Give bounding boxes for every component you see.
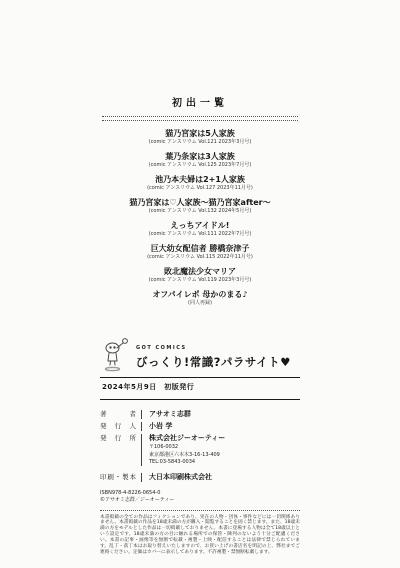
work-title: 猫乃宮家は♡人家族～猫乃宮家after～ [100,198,300,208]
work-title: 池乃本夫婦は2+1人家族 [100,175,300,185]
publication-entry: 敗北魔法少女マリア (comic アンスリウム Vol.119 2023年3月号… [100,267,300,284]
work-title: えっちアイドル! [100,221,300,231]
work-source: (comic アンスリウム Vol.121 2023年3月号) [100,139,300,146]
dotted-divider [102,116,298,121]
credit-value: 大日本印刷株式会社 [141,473,212,482]
publication-entry: 池乃本夫婦は2+1人家族 (comic アンスリウム Vol.127 2023年… [100,175,300,192]
publisher-name: 株式会社ジーオーティー [149,434,225,442]
credit-label: 著者 [100,410,141,419]
work-source: (comic アンスリウム Vol.115 2022年11月号) [100,254,300,261]
publisher-postal-code: 〒106-0032 [149,444,225,451]
work-title: 巨大幼女配信者 勝橋奈津子 [100,244,300,254]
imprint-text: GOT COMICS びっくり!常識?パラサイト♥ [136,336,291,370]
credit-value: アサオミ志群 [141,410,191,419]
publication-entry: オフパイレポ 母かのまる♪ (同人再録) [100,290,300,307]
work-source: (comic アンスリウム Vol.132 2024年5月号) [100,208,300,215]
work-title: 葉乃条家は3人家族 [100,152,300,162]
credit-row-printer: 印刷・製本 大日本印刷株式会社 [100,473,300,482]
work-source: (comic アンスリウム Vol.111 2022年7月号) [100,231,300,238]
publisher-address: 東京都港区六本木3-16-13-409 [149,452,225,459]
credit-row-publisher-person: 発行人 小岩 学 [100,422,300,431]
work-title: オフパイレポ 母かのまる♪ [100,290,300,300]
fineprint-divider [100,510,300,511]
legal-disclaimer: 本書掲載の全ての作品はフィクションであり、実在の人物・団体・事件などには一切関係… [100,515,300,556]
credit-row-author: 著者 アサオミ志群 [100,410,300,419]
copyright-line: ©アサオミ志群／ジーオーティー [100,497,300,504]
credit-value: 株式会社ジーオーティー 〒106-0032 東京都港区六本木3-16-13-40… [141,434,225,466]
credit-value: 小岩 学 [141,422,172,431]
colophon-block: GOT COMICS びっくり!常識?パラサイト♥ 2024年5月9日 初版発行… [100,336,300,556]
publication-entry: 猫乃宮家は♡人家族～猫乃宮家after～ (comic アンスリウム Vol.1… [100,198,300,215]
publication-entry: 葉乃条家は3人家族 (comic アンスリウム Vol.125 2023年7月号… [100,152,300,169]
credit-label: 発行所 [100,434,141,466]
work-source: (同人再録) [100,300,300,307]
credit-label: 印刷・製本 [100,473,141,482]
work-title: 猫乃宮家は5人家族 [100,129,300,139]
book-title: びっくり!常識?パラサイト♥ [136,354,291,370]
publication-entry: 巨大幼女配信者 勝橋奈津子 (comic アンスリウム Vol.115 2022… [100,244,300,261]
section-heading: 初出一覧 [100,94,300,109]
work-source: (comic アンスリウム Vol.127 2023年11月号) [100,185,300,192]
got-mascot-icon [100,336,132,374]
credit-label: 発行人 [100,422,141,431]
edition-date: 2024年5月9日 初版発行 [100,378,300,396]
isbn-line: ISBN978-4-8226-0654-0 [100,490,300,497]
first-publication-list: 初出一覧 猫乃宮家は5人家族 (comic アンスリウム Vol.121 202… [100,94,300,313]
credit-row-publisher-company: 発行所 株式会社ジーオーティー 〒106-0032 東京都港区六本木3-16-1… [100,434,300,466]
imprint-row: GOT COMICS びっくり!常識?パラサイト♥ [100,336,300,374]
colophon-page: 初出一覧 猫乃宮家は5人家族 (comic アンスリウム Vol.121 202… [0,0,400,568]
date-rule [100,399,300,400]
credits-table: 著者 アサオミ志群 発行人 小岩 学 発行所 株式会社ジーオーティー 〒106-… [100,410,300,482]
publisher-phone: TEL:03-5843-0034 [149,459,225,466]
work-source: (comic アンスリウム Vol.119 2023年3月号) [100,277,300,284]
work-source: (comic アンスリウム Vol.125 2023年7月号) [100,162,300,169]
publication-entry: 猫乃宮家は5人家族 (comic アンスリウム Vol.121 2023年3月号… [100,129,300,146]
imprint-label: GOT COMICS [136,345,291,351]
work-title: 敗北魔法少女マリア [100,267,300,277]
publication-entry: えっちアイドル! (comic アンスリウム Vol.111 2022年7月号) [100,221,300,238]
